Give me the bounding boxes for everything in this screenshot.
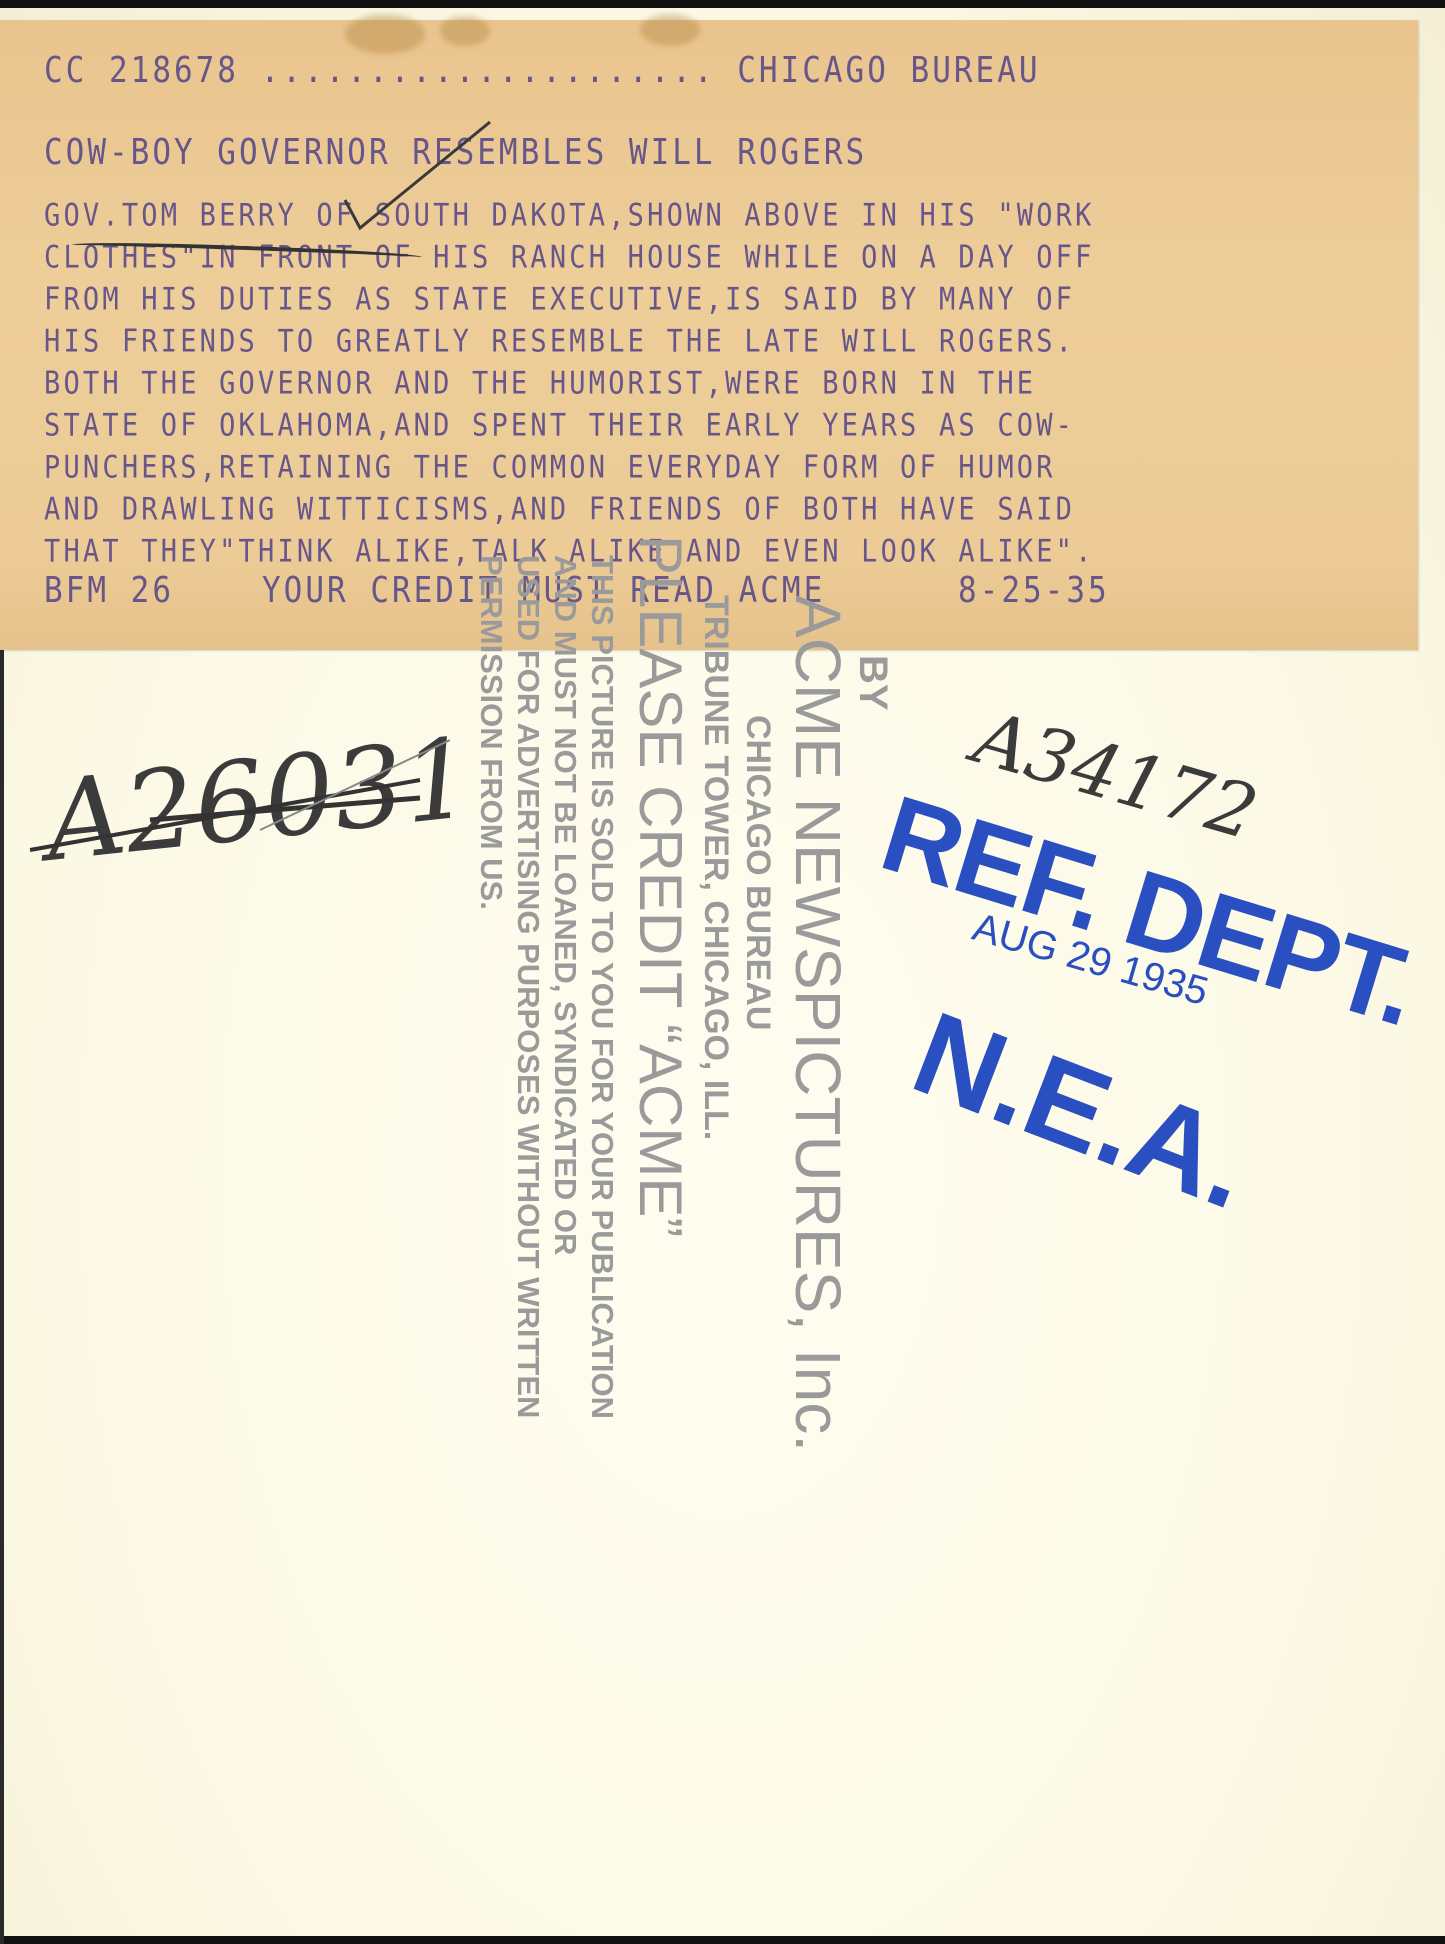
- stamp-line-by: BY: [850, 655, 895, 711]
- pencil-check-mark-icon: [340, 120, 500, 250]
- caption-header: CC 218678 ..................... CHICAGO …: [44, 50, 1041, 91]
- caption-date: 8-25-35: [958, 570, 1110, 611]
- caption-body-line: PUNCHERS,RETAINING THE COMMON EVERYDAY F…: [44, 450, 1056, 486]
- stamp-line-notice: PERMISSION FROM US.: [473, 555, 509, 910]
- caption-body-line: GOV.TOM BERRY OF SOUTH DAKOTA,SHOWN ABOV…: [44, 198, 1095, 234]
- pencil-crossed-out-number: A26031: [20, 700, 450, 900]
- caption-body-line: BOTH THE GOVERNOR AND THE HUMORIST,WERE …: [44, 366, 1036, 402]
- stamp-line-address: TRIBUNE TOWER, CHICAGO, ILL.: [696, 595, 735, 1140]
- stamp-line-company: ACME NEWSPICTURES, Inc.: [781, 595, 855, 1452]
- stamp-line-notice: USED FOR ADVERTISING PURPOSES WITHOUT WR…: [510, 555, 546, 1418]
- stamp-line-notice: AND MUST NOT BE LOANED, SYNDICATED OR: [547, 555, 583, 1255]
- scan-border-top: [0, 0, 1445, 8]
- caption-slip: CC 218678 ..................... CHICAGO …: [0, 20, 1418, 650]
- stamp-line-credit: PLEASE CREDIT “ACME”: [626, 535, 695, 1237]
- caption-body-line: AND DRAWLING WITTICISMS,AND FRIENDS OF B…: [44, 492, 1075, 528]
- scan-border-bottom: [0, 1936, 1445, 1944]
- water-stain: [345, 14, 425, 54]
- caption-body-line: HIS FRIENDS TO GREATLY RESEMBLE THE LATE…: [44, 324, 1075, 360]
- caption-code: BFM 26: [44, 570, 174, 611]
- water-stain: [440, 16, 490, 46]
- caption-body-line: FROM HIS DUTIES AS STATE EXECUTIVE,IS SA…: [44, 282, 1075, 318]
- scan-border-left: [0, 650, 4, 1944]
- water-stain: [640, 14, 700, 46]
- caption-body-line: STATE OF OKLAHOMA,AND SPENT THEIR EARLY …: [44, 408, 1075, 444]
- stamp-line-bureau: CHICAGO BUREAU: [738, 715, 777, 1030]
- stamp-line-notice: THIS PICTURE IS SOLD TO YOU FOR YOUR PUB…: [584, 555, 620, 1419]
